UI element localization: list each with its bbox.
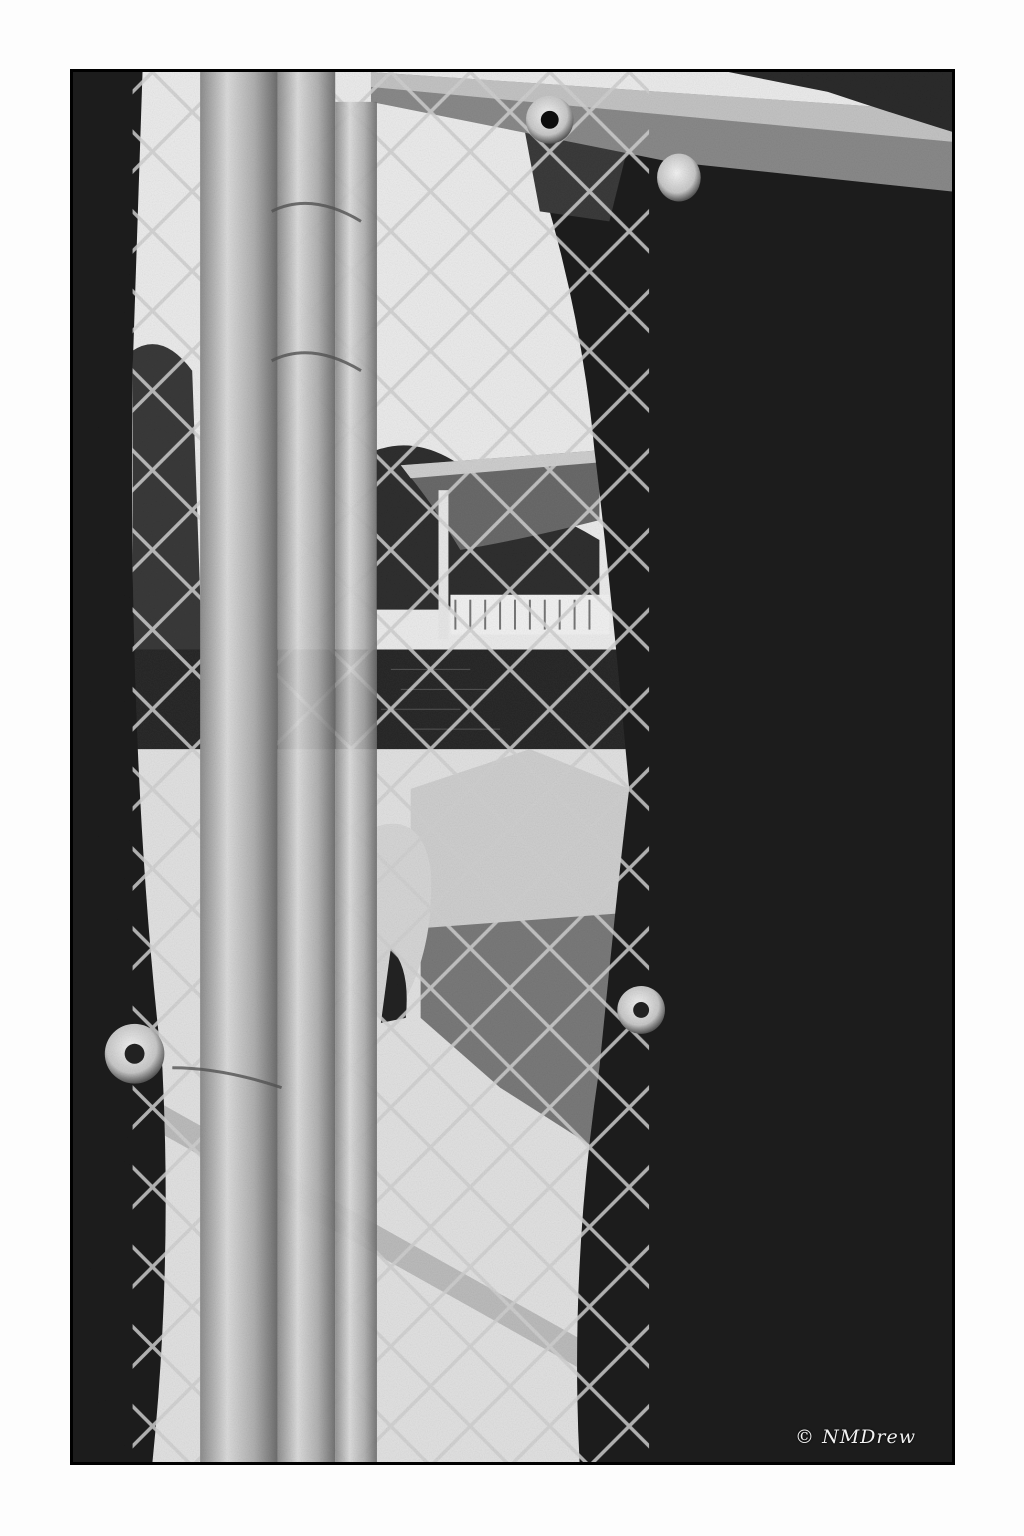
fence-photo <box>73 72 952 1462</box>
photo-frame: © NMDrew <box>70 69 955 1465</box>
copyright-watermark: © NMDrew <box>795 1426 916 1448</box>
